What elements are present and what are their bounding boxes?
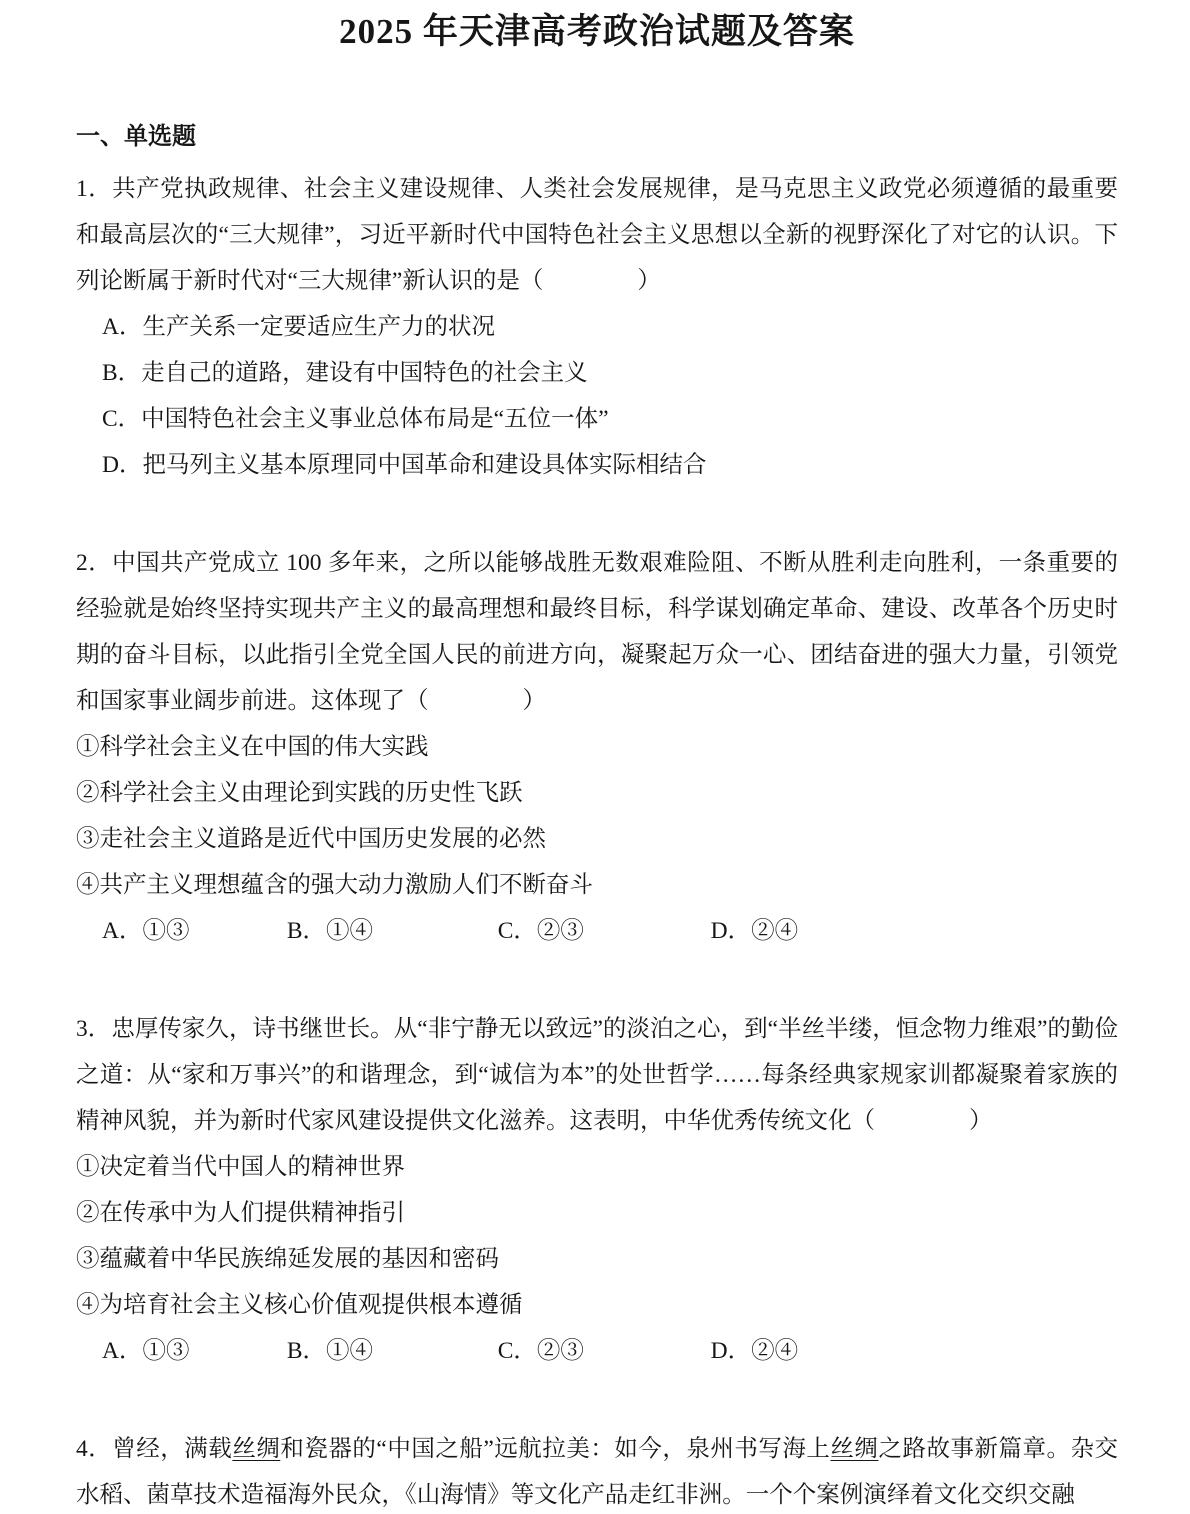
question-2-statement-1: ①科学社会主义在中国的伟大实践 [76,724,1118,770]
exam-page: { "doc": { "title": "2025 年天津高考政治试题及答案",… [0,0,1190,1514]
question-2-stem: 2．中国共产党成立 100 多年来，之所以能够战胜无数艰难险阻、不断从胜利走向胜… [76,540,1118,724]
question-2-option-c: C．②③ [498,908,705,954]
question-2-options-row: A．①③ B．①④ C．②③ D．②④ [76,908,1118,954]
question-3-statement-4: ④为培育社会主义核心价值观提供根本遵循 [76,1282,1118,1328]
question-1-option-d: D．把马列主义基本原理同中国革命和建设具体实际相结合 [76,442,1118,488]
text-segment: 4．曾经，满载 [76,1436,232,1462]
section-heading: 一、单选题 [76,122,1118,152]
question-3-option-c: C．②③ [498,1328,705,1374]
question-2: 2．中国共产党成立 100 多年来，之所以能够战胜无数艰难险阻、不断从胜利走向胜… [76,540,1118,954]
page-title: 2025 年天津高考政治试题及答案 [76,10,1118,54]
question-3-statement-2: ②在传承中为人们提供精神指引 [76,1190,1118,1236]
question-1-option-c: C．中国特色社会主义事业总体布局是“五位一体” [76,396,1118,442]
question-3-option-b: B．①④ [287,1328,492,1374]
question-3-statement-1: ①决定着当代中国人的精神世界 [76,1144,1118,1190]
question-1: 1．共产党执政规律、社会主义建设规律、人类社会发展规律，是马克思主义政党必须遵循… [76,166,1118,488]
question-4: 4．曾经，满载丝绸和瓷器的“中国之船”远航拉美：如今，泉州书写海上丝绸之路故事新… [76,1426,1118,1514]
underlined-text: 丝绸 [232,1436,280,1462]
question-2-option-d: D．②④ [711,908,798,954]
underlined-text: 丝绸 [830,1436,878,1462]
question-4-stem: 4．曾经，满载丝绸和瓷器的“中国之船”远航拉美：如今，泉州书写海上丝绸之路故事新… [76,1426,1118,1514]
question-3-option-a: A．①③ [102,1328,281,1374]
exam-document: 2025 年天津高考政治试题及答案 一、单选题 1．共产党执政规律、社会主义建设… [0,0,1190,1514]
question-1-option-a: A．生产关系一定要适应生产力的状况 [76,304,1118,350]
question-1-stem: 1．共产党执政规律、社会主义建设规律、人类社会发展规律，是马克思主义政党必须遵循… [76,166,1118,304]
question-2-statement-4: ④共产主义理想蕴含的强大动力激励人们不断奋斗 [76,862,1118,908]
question-2-statement-3: ③走社会主义道路是近代中国历史发展的必然 [76,816,1118,862]
question-3-options-row: A．①③ B．①④ C．②③ D．②④ [76,1328,1118,1374]
question-2-option-b: B．①④ [287,908,492,954]
question-3: 3．忠厚传家久，诗书继世长。从“非宁静无以致远”的淡泊之心，到“半丝半缕，恒念物… [76,1006,1118,1374]
question-3-stem: 3．忠厚传家久，诗书继世长。从“非宁静无以致远”的淡泊之心，到“半丝半缕，恒念物… [76,1006,1118,1144]
question-3-statement-3: ③蕴藏着中华民族绵延发展的基因和密码 [76,1236,1118,1282]
text-segment: 和瓷器的“中国之船”远航拉美：如今，泉州书写海上 [280,1436,830,1462]
question-1-option-b: B．走自己的道路，建设有中国特色的社会主义 [76,350,1118,396]
question-3-option-d: D．②④ [711,1328,798,1374]
question-2-option-a: A．①③ [102,908,281,954]
question-2-statement-2: ②科学社会主义由理论到实践的历史性飞跃 [76,770,1118,816]
